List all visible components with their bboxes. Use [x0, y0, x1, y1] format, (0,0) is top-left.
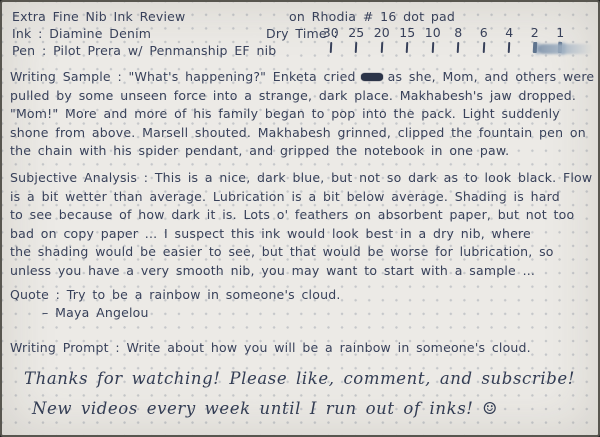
dry-time-scale: 30 25 20 15 10 8 6 4 2 1: [318, 25, 573, 40]
handwritten-ink-review-page: Extra Fine Nib Ink Review Ink : Diamine …: [0, 0, 600, 437]
writing-sample-paragraph: Writing Sample : "What's happening?" Enk…: [10, 68, 598, 161]
page-title: Extra Fine Nib Ink Review: [12, 8, 185, 27]
writing-sample-line: the chain with his spider pendant, and g…: [10, 142, 598, 161]
analysis-line: unless you have a very smooth nib, you m…: [10, 262, 598, 281]
dry-time-value: 10: [420, 25, 446, 40]
outro-new-videos-line: New videos every week until I run out of…: [32, 400, 498, 419]
analysis-line: Subjective Analysis : This is a nice, da…: [10, 169, 598, 188]
analysis-line: the shading would be easier to see, but …: [10, 243, 598, 262]
writing-sample-text: Writing Sample : "What's happening?" Enk…: [10, 69, 356, 84]
scribbled-out-word: [361, 73, 383, 81]
dry-time-tick: [395, 42, 421, 53]
subjective-analysis-paragraph: Subjective Analysis : This is a nice, da…: [10, 169, 598, 281]
analysis-line: bad on copy paper ... I suspect this ink…: [10, 225, 598, 244]
writing-sample-line: shone from above. Marsell shouted. Makha…: [10, 124, 598, 143]
dry-time-value: 15: [395, 25, 421, 40]
writing-sample-line: Writing Sample : "What's happening?" Enk…: [10, 68, 598, 87]
outro-thanks-line: Thanks for watching! Please like, commen…: [24, 370, 575, 389]
writing-sample-line: "Mom!" More and more of his family began…: [10, 105, 598, 124]
dry-time-value: 8: [446, 25, 472, 40]
analysis-line: to see because of how dark it is. Lots o…: [10, 206, 598, 225]
dry-time-tick: [497, 42, 523, 53]
paper-type-line: on Rhodia # 16 dot pad: [289, 8, 455, 27]
dry-time-tick: [446, 42, 472, 53]
dry-time-tick: [369, 42, 395, 53]
dry-time-tick-marks: [318, 42, 573, 53]
dry-time-value: 6: [471, 25, 497, 40]
writing-sample-text: as she, Mom, and others were: [388, 69, 595, 84]
quote-attribution: – Maya Angelou: [42, 304, 149, 323]
dry-time-tick: [420, 42, 446, 53]
dry-time-value: 25: [344, 25, 370, 40]
writing-sample-line: pulled by some unseen force into a stran…: [10, 87, 598, 106]
dry-time-value: 30: [318, 25, 344, 40]
dry-time-tick: [318, 42, 344, 53]
wet-ink-smear: [538, 44, 596, 54]
analysis-line: is a bit wetter than average. Lubricatio…: [10, 188, 598, 207]
dry-time-tick: [471, 42, 497, 53]
writing-prompt-line: Writing Prompt : Write about how you wil…: [10, 339, 531, 358]
dry-time-tick: [344, 42, 370, 53]
dry-time-value: 1: [548, 25, 574, 40]
dry-time-value: 20: [369, 25, 395, 40]
ink-name-line: Ink : Diamine Denim: [12, 25, 151, 44]
dry-time-value: 4: [497, 25, 523, 40]
dry-time-value: 2: [522, 25, 548, 40]
quote-line: Quote : Try to be a rainbow in someone's…: [10, 286, 341, 305]
pen-name-line: Pen : Pilot Prera w/ Penmanship EF nib: [12, 42, 276, 61]
